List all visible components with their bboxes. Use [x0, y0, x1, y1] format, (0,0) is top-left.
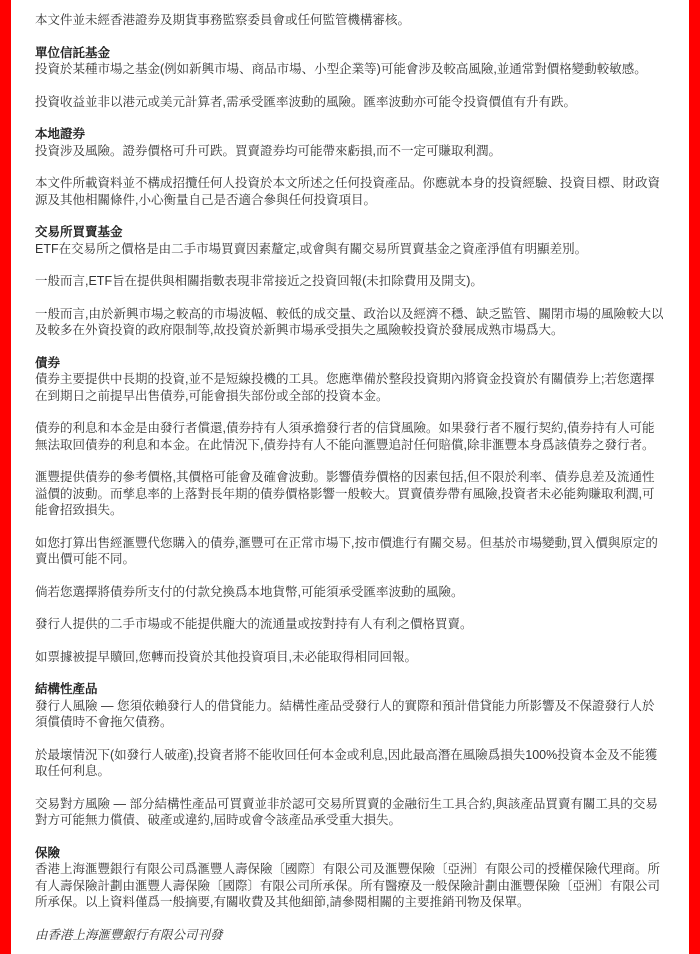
- section-etf: 交易所買賣基金 ETF在交易所之價格是由二手市場買賣因素釐定,或會與有關交易所買…: [35, 224, 664, 339]
- paragraph: 發行人風險 — 您須依賴發行人的借貸能力。結構性產品受發行人的實際和預計借貸能力…: [35, 698, 664, 731]
- section-insurance: 保險 香港上海滙豐銀行有限公司爲滙豐人壽保險〔國際〕有限公司及滙豐保險〔亞洲〕有…: [35, 845, 664, 911]
- paragraph: 投資涉及風險。證券價格可升可跌。買賣證券均可能帶來虧損,而不一定可賺取利潤。: [35, 143, 664, 160]
- paragraph: 一般而言,ETF旨在提供與相關指數表現非常接近之投資回報(未扣除費用及開支)。: [35, 273, 664, 290]
- section-heading-local-securities: 本地證券: [35, 126, 664, 143]
- issuer-note: 由香港上海滙豐銀行有限公司刊發: [35, 927, 664, 944]
- section-heading-insurance: 保險: [35, 845, 664, 862]
- section-unit-trusts: 單位信託基金 投資於某種市場之基金(例如新興市場、商品市場、小型企業等)可能會涉…: [35, 45, 664, 111]
- paragraph: 交易對方風險 — 部分結構性產品可買賣並非於認可交易所買賣的金融衍生工具合約,與…: [35, 796, 664, 829]
- paragraph: 香港上海滙豐銀行有限公司爲滙豐人壽保險〔國際〕有限公司及滙豐保險〔亞洲〕有限公司…: [35, 861, 664, 911]
- paragraph: 於最壞情況下(如發行人破產),投資者將不能收回任何本金或利息,因此最高潛在風險爲…: [35, 747, 664, 780]
- paragraph: 如您打算出售經滙豐代您購入的債券,滙豐可在正常市場下,按市價進行有關交易。但基於…: [35, 535, 664, 568]
- right-red-border: [689, 0, 700, 954]
- section-heading-bonds: 債券: [35, 355, 664, 372]
- intro-paragraph: 本文件並未經香港證券及期貨事務監察委員會或任何監管機構審核。: [35, 12, 664, 29]
- paragraph: 投資收益並非以港元或美元計算者,需承受匯率波動的風險。匯率波動亦可能令投資價值有…: [35, 94, 664, 111]
- paragraph: 債券的利息和本金是由發行者償還,債券持有人須承擔發行者的信貸風險。如果發行者不履…: [35, 420, 664, 453]
- section-local-securities: 本地證券 投資涉及風險。證券價格可升可跌。買賣證券均可能帶來虧損,而不一定可賺取…: [35, 126, 664, 208]
- paragraph: 本文件所載資料並不構成招攬任何人投資於本文所述之任何投資產品。你應就本身的投資經…: [35, 175, 664, 208]
- left-red-border: [0, 0, 11, 954]
- paragraph: 滙豐提供債券的參考價格,其價格可能會及確會波動。影響債券價格的因素包括,但不限於…: [35, 469, 664, 519]
- paragraph: 發行人提供的二手市場或不能提供龐大的流通量或按對持有人有利之價格買賣。: [35, 616, 664, 633]
- paragraph: 一般而言,由於新興市場之較高的市場波幅、較低的成交量、政治以及經濟不穩、缺乏監管…: [35, 306, 664, 339]
- section-heading-etf: 交易所買賣基金: [35, 224, 664, 241]
- disclaimer-document: 本文件並未經香港證券及期貨事務監察委員會或任何監管機構審核。 單位信託基金 投資…: [11, 0, 689, 954]
- paragraph: 投資於某種市場之基金(例如新興市場、商品市場、小型企業等)可能會涉及較高風險,並…: [35, 61, 664, 78]
- section-heading-structured-products: 結構性產品: [35, 681, 664, 698]
- section-structured-products: 結構性產品 發行人風險 — 您須依賴發行人的借貸能力。結構性產品受發行人的實際和…: [35, 681, 664, 829]
- paragraph: 倘若您選擇將債券所支付的付款兌換爲本地貨幣,可能須承受匯率波動的風險。: [35, 584, 664, 601]
- section-heading-unit-trusts: 單位信託基金: [35, 45, 664, 62]
- paragraph: ETF在交易所之價格是由二手市場買賣因素釐定,或會與有關交易所買賣基金之資產淨值…: [35, 241, 664, 258]
- section-bonds: 債券 債券主要提供中長期的投資,並不是短線投機的工具。您應準備於整段投資期內將資…: [35, 355, 664, 666]
- paragraph: 如票據被提早贖回,您轉而投資於其他投資項目,未必能取得相同回報。: [35, 649, 664, 666]
- paragraph: 債券主要提供中長期的投資,並不是短線投機的工具。您應準備於整段投資期內將資金投資…: [35, 371, 664, 404]
